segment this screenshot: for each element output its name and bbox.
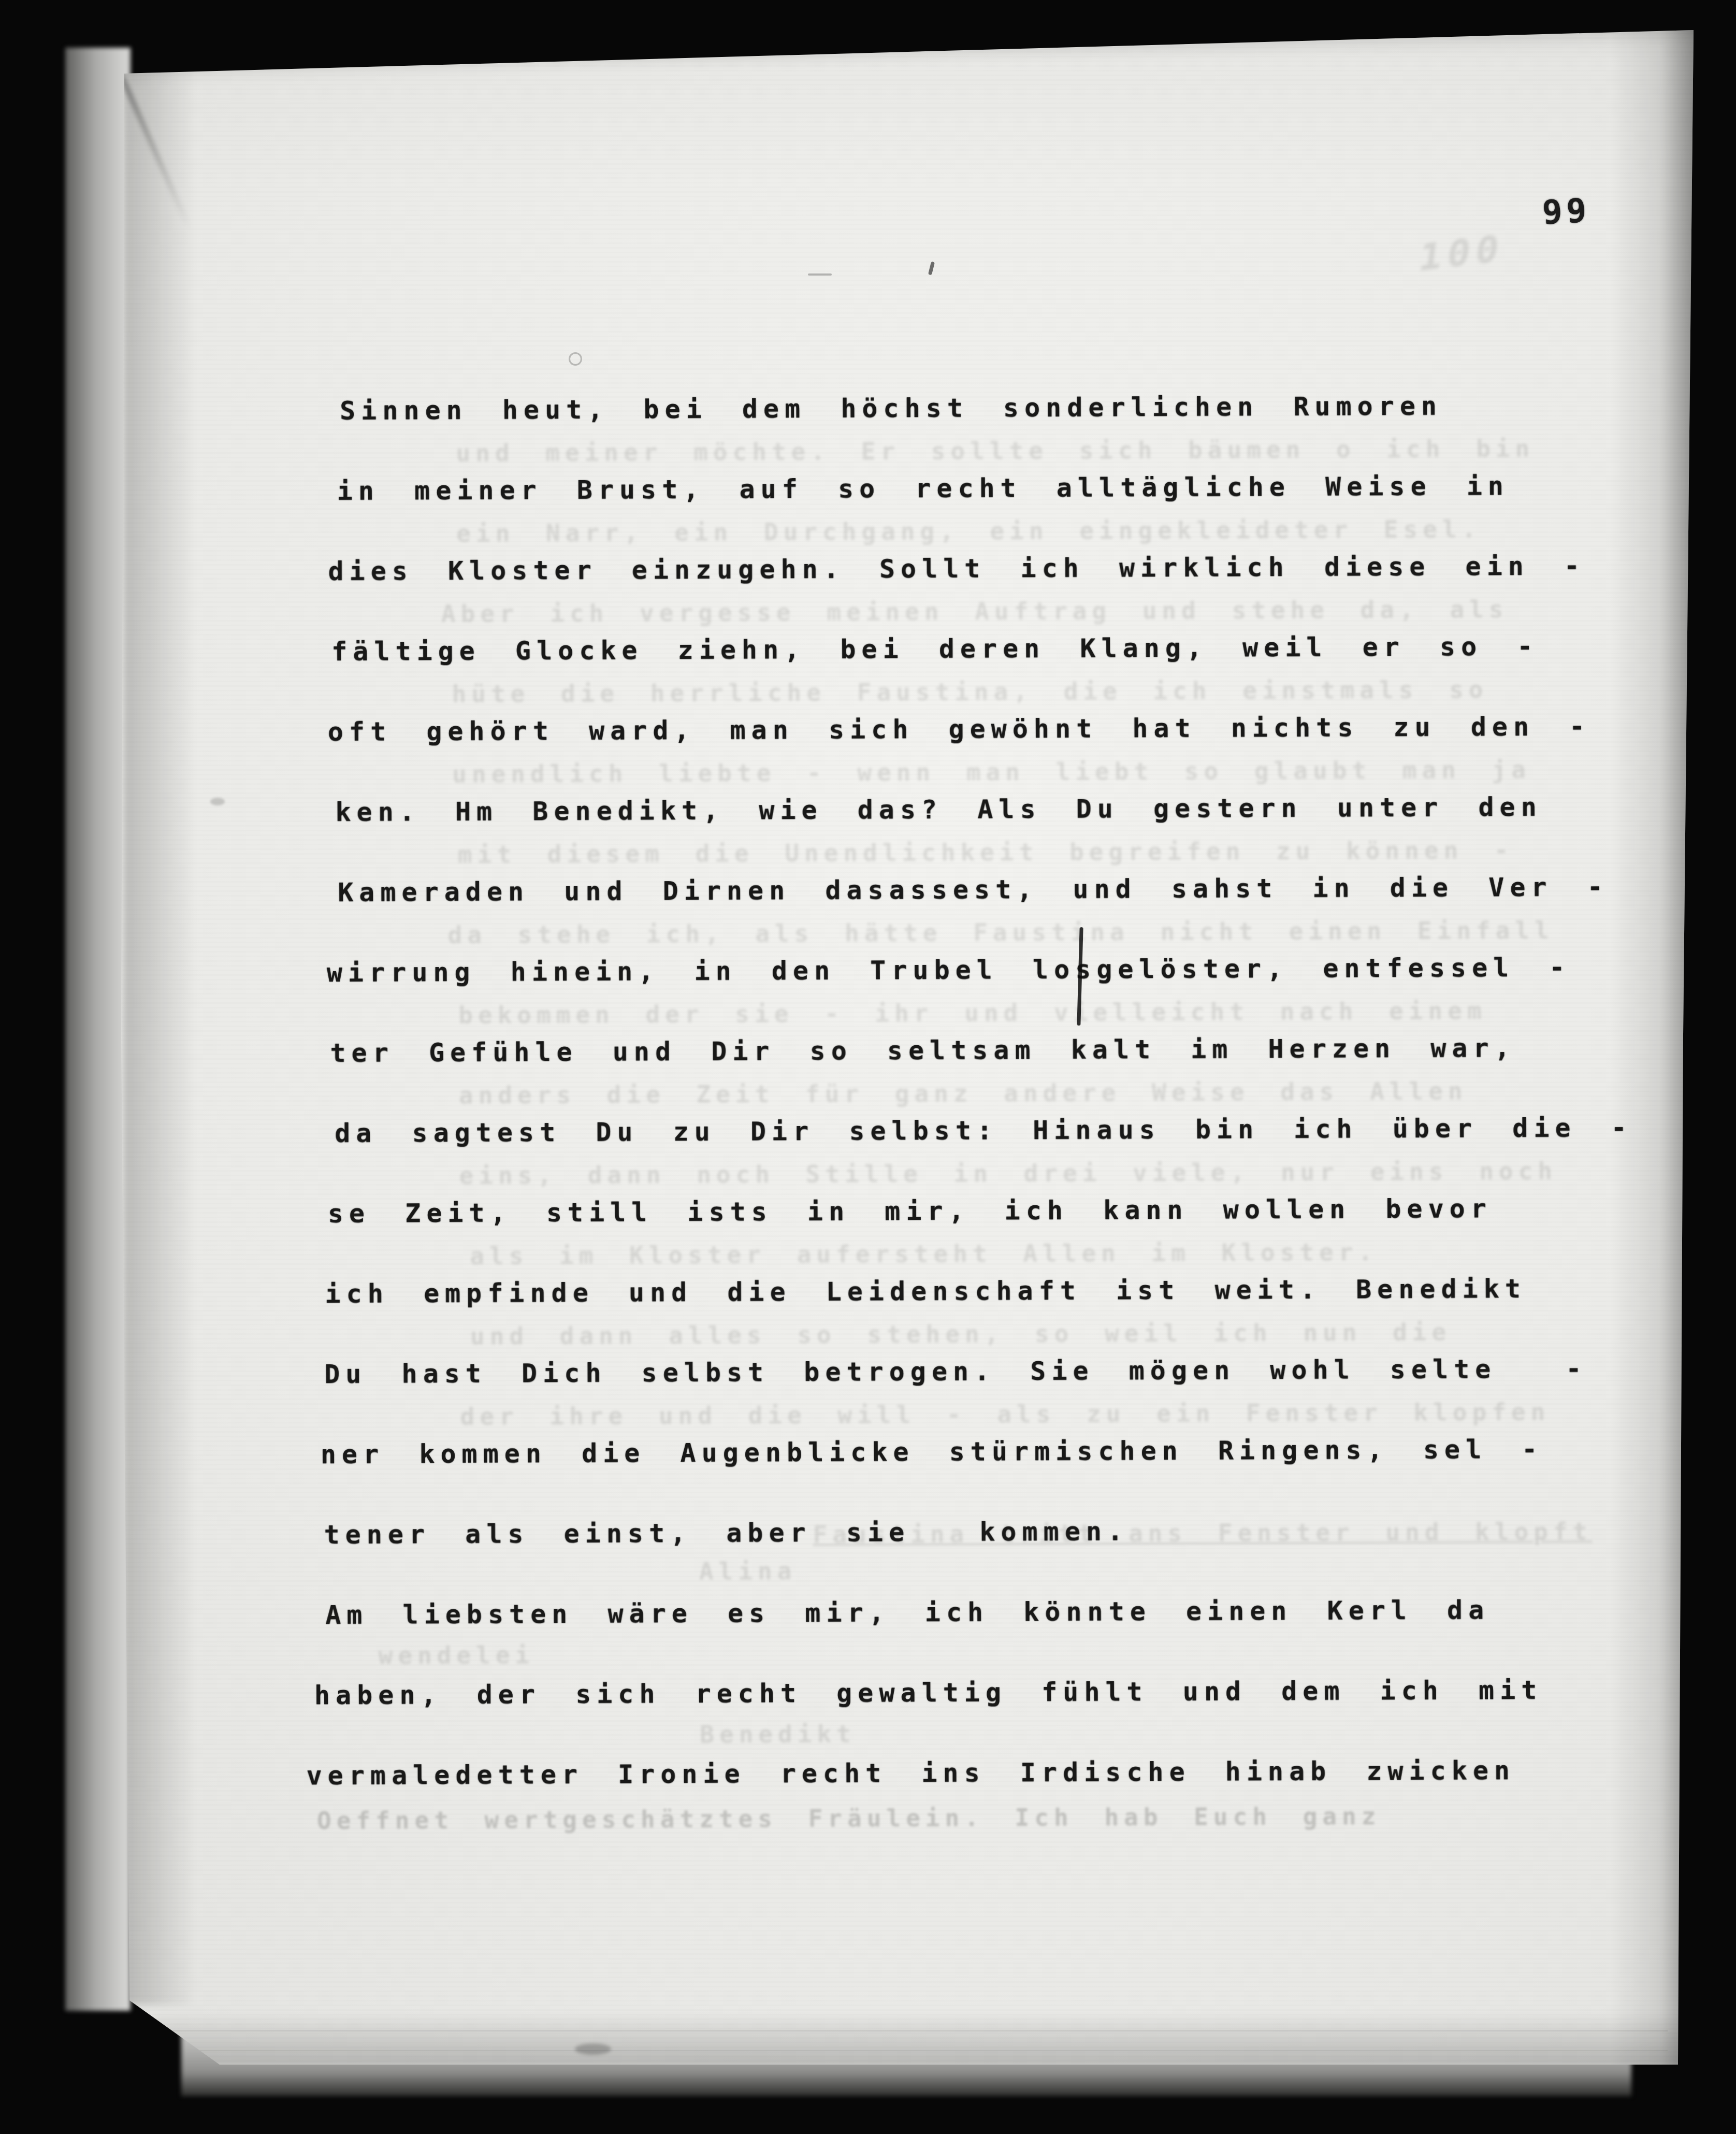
ink-speck (569, 352, 582, 366)
page-stack-left-edge (65, 48, 131, 2011)
ghost-page-number: 100 (1416, 226, 1507, 280)
typed-line: dies Kloster einzugehn. Sollt ich wirkli… (328, 551, 1585, 586)
page-left-shadow (123, 67, 196, 2005)
ghost-line: als im Kloster aufersteht Allen im Klost… (470, 1238, 1378, 1270)
typed-line: da sagtest Du zu Dir selbst: Hinaus bin … (335, 1113, 1632, 1148)
manuscript-page: 100 99 und meiner möchte. Er sollte sich… (0, 0, 1736, 2134)
ghost-line: Aber ich vergesse meinen Auftrag und ste… (441, 595, 1509, 628)
ink-speck (928, 262, 935, 276)
typed-line: ter Gefühle und Dir so seltsam kalt im H… (330, 1033, 1515, 1068)
typed-line: fältige Glocke ziehn, bei deren Klang, w… (331, 631, 1538, 667)
corner-fold-crease (118, 71, 192, 230)
scan-hairline (155, 2050, 1668, 2051)
scanned-document: 100 99 und meiner möchte. Er sollte sich… (0, 0, 1736, 2134)
ghost-line: bekommen der sie - ihr und vielleicht na… (458, 997, 1487, 1029)
page-bottom-shadow (155, 2012, 1683, 2067)
typed-line: ken. Hm Benedikt, wie das? Als Du gester… (335, 792, 1542, 827)
typed-line: Sinnen heut, bei dem höchst sonderlichen… (340, 391, 1442, 426)
ghost-line: mit diesem die Unendlichkeit begreifen z… (458, 836, 1514, 869)
typed-line: vermaledetter Ironie recht ins Irdische … (307, 1755, 1516, 1791)
ghost-line: Alina (699, 1557, 797, 1585)
ghost-line: ein Narr, ein Durchgang, ein eingekleide… (456, 515, 1481, 547)
ghost-line: unendlich liebte - wenn man liebt so gla… (452, 756, 1531, 788)
typed-line: wirrung hinein, in den Trubel losgelöste… (327, 952, 1571, 987)
typed-line: haben, der sich recht gewaltig fühlt und… (314, 1675, 1543, 1710)
page-number: 99 (1541, 192, 1592, 233)
ghost-line: hüte die herrliche Faustina, die ich ein… (452, 675, 1488, 708)
ghost-line: anders die Zeit für ganz andere Weise da… (459, 1077, 1468, 1109)
page-top-shadow (119, 0, 1705, 83)
ghost-line: da stehe ich, als hätte Faustina nicht e… (447, 916, 1554, 949)
ghost-line: eins, dann noch Stille in drei viele, nu… (459, 1157, 1557, 1190)
typed-line: ich empfinde und die Leidenschaft ist we… (325, 1274, 1526, 1309)
ink-smudge (210, 798, 225, 805)
page-right-shadow (1611, 16, 1701, 2072)
ghost-line: der ihre und die will - als zu ein Fenst… (460, 1398, 1551, 1431)
scan-hairline (155, 2030, 1668, 2031)
typed-line: Am liebsten wäre es mir, ich könnte eine… (325, 1595, 1489, 1630)
typed-line: Kameraden und Dirnen dasassest, und sahs… (338, 872, 1609, 907)
ink-speck (808, 273, 832, 276)
ghost-line: und meiner möchte. Er sollte sich bäumen… (456, 435, 1535, 467)
ghost-line: und dann alles so stehen, so weil ich nu… (470, 1318, 1451, 1350)
ghost-line: Benedikt (700, 1720, 856, 1749)
typed-line: ner kommen die Augenblicke stürmischen R… (321, 1434, 1543, 1469)
typed-line: Du hast Dich selbst betrogen. Sie mögen … (324, 1353, 1587, 1389)
ink-smudge (575, 2043, 611, 2055)
typed-line: in meiner Brust, auf so recht alltäglich… (337, 471, 1509, 506)
ghost-line: wendelei (379, 1641, 535, 1669)
ghost-line: Oeffnet wertgeschätztes Fräulein. Ich ha… (317, 1802, 1381, 1835)
typed-line: oft gehört ward, man sich gewöhnt hat ni… (328, 711, 1591, 747)
typed-line: se Zeit, still ists in mir, ich kann wol… (328, 1193, 1492, 1229)
typed-line: tener als einst, aber sie kommen. (324, 1516, 1129, 1550)
